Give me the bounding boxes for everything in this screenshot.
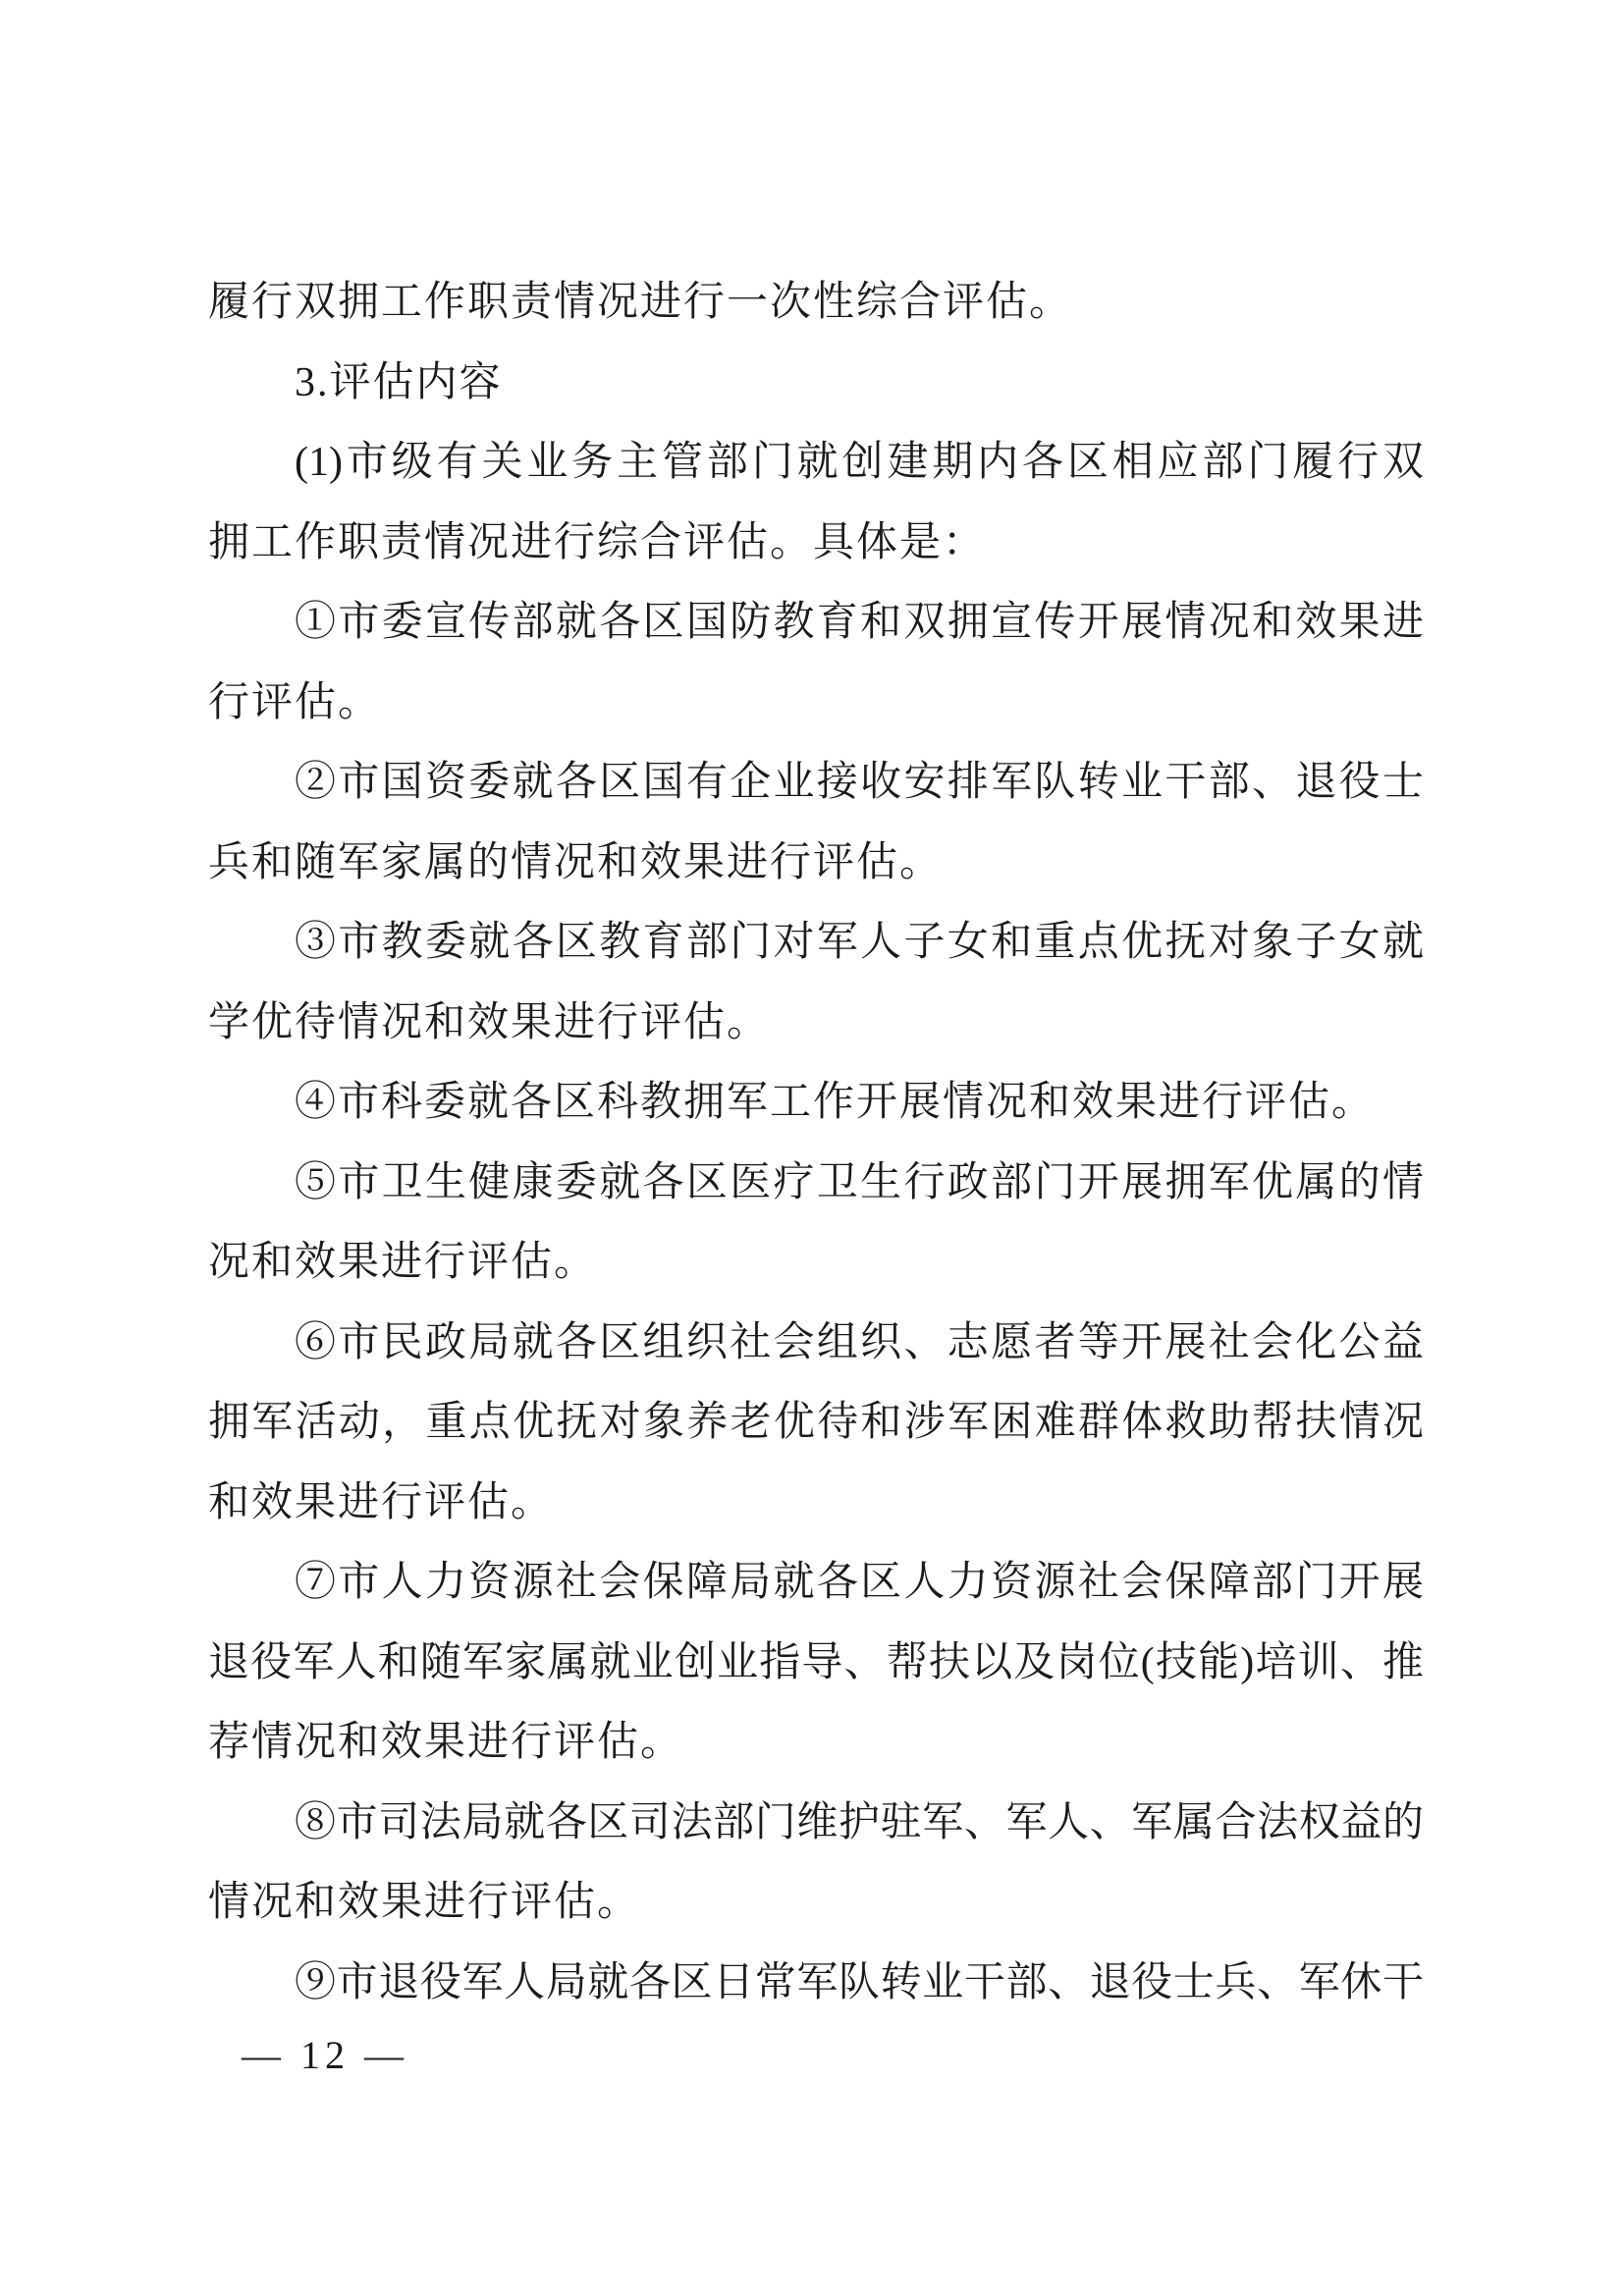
text-line: 和效果进行评估。 <box>208 1464 1424 1544</box>
text-line: ⑥市民政局就各区组织社会组织、志愿者等开展社会化公益 <box>208 1304 1424 1384</box>
text-line: 行评估。 <box>208 664 1424 744</box>
document-page: 履行双拥工作职责情况进行一次性综合评估。 3.评估内容 (1)市级有关业务主管部… <box>0 0 1624 2296</box>
text-line: 况和效果进行评估。 <box>208 1223 1424 1304</box>
text-line: ④市科委就各区科教拥军工作开展情况和效果进行评估。 <box>208 1063 1424 1144</box>
text-line: 3.评估内容 <box>208 344 1424 424</box>
text-line: ②市国资委就各区国有企业接收安排军队转业干部、退役士 <box>208 743 1424 824</box>
text-line: 情况和效果进行评估。 <box>208 1863 1424 1944</box>
text-line: ①市委宣传部就各区国防教育和双拥宣传开展情况和效果进 <box>208 583 1424 664</box>
page-number: — 12 — <box>242 2033 408 2077</box>
text-line: 兵和随军家属的情况和效果进行评估。 <box>208 824 1424 904</box>
text-line: 学优待情况和效果进行评估。 <box>208 984 1424 1064</box>
text-line: (1)市级有关业务主管部门就创建期内各区相应部门履行双 <box>208 423 1424 504</box>
text-line: ⑦市人力资源社会保障局就各区人力资源社会保障部门开展 <box>208 1543 1424 1624</box>
text-line: 履行双拥工作职责情况进行一次性综合评估。 <box>208 263 1424 344</box>
text-line: 拥军活动，重点优抚对象养老优待和涉军困难群体救助帮扶情况 <box>208 1383 1424 1464</box>
body-text: 履行双拥工作职责情况进行一次性综合评估。 3.评估内容 (1)市级有关业务主管部… <box>208 263 1424 2023</box>
text-line: ⑤市卫生健康委就各区医疗卫生行政部门开展拥军优属的情 <box>208 1144 1424 1224</box>
page-footer: — 12 — <box>242 2032 408 2081</box>
text-line: ⑨市退役军人局就各区日常军队转业干部、退役士兵、军休干 <box>208 1944 1424 2024</box>
text-line: ③市教委就各区教育部门对军人子女和重点优抚对象子女就 <box>208 903 1424 984</box>
text-line: 拥工作职责情况进行综合评估。具体是： <box>208 504 1424 584</box>
text-line: 退役军人和随军家属就业创业指导、帮扶以及岗位(技能)培训、推 <box>208 1624 1424 1704</box>
text-line: 荐情况和效果进行评估。 <box>208 1703 1424 1784</box>
text-line: ⑧市司法局就各区司法部门维护驻军、军人、军属合法权益的 <box>208 1784 1424 1864</box>
